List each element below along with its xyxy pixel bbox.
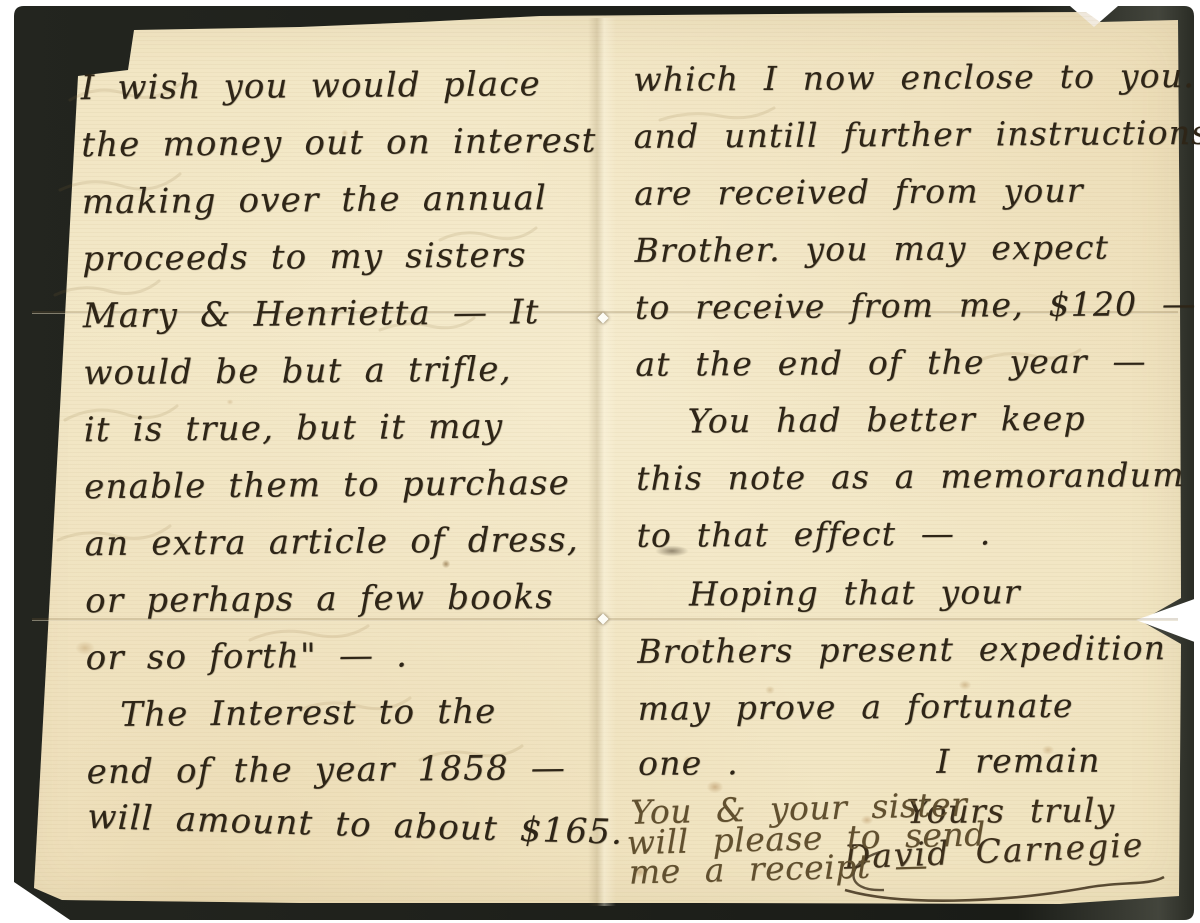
letter-line: at the end of the year —	[635, 341, 1147, 384]
letter-line: would be but a trifle,	[83, 349, 512, 393]
letter-line: proceeds to my sisters	[82, 235, 527, 279]
letter-left-page: I wish you would place the money out on …	[80, 0, 598, 923]
letter-line: one . I remain	[638, 741, 1101, 783]
letter-line: enable them to purchase	[84, 463, 570, 507]
letter-line: You had better keep	[688, 399, 1086, 441]
letter-line: to receive from me, $120 —	[635, 284, 1197, 327]
letter-line: The Interest to the	[120, 692, 497, 735]
letter-line: will amount to about $165.	[87, 797, 624, 853]
letter-line: end of the year 1858 —	[87, 748, 567, 792]
letter-line: I wish you would place	[81, 64, 541, 108]
postscript-line: me a receipt —	[628, 845, 928, 891]
letter-line: and untill further instructions	[634, 113, 1200, 156]
letter-right-page: which I now enclose to you. and untill f…	[633, 0, 1184, 923]
letter-line: may prove a fortunate	[638, 686, 1074, 728]
letter-line: Brothers present expedition	[637, 628, 1166, 671]
letter-line: making over the annual	[82, 178, 548, 222]
letter-line: an extra article of dress,	[85, 520, 579, 564]
letter-line: are received from your	[634, 171, 1084, 213]
letter-scan: I wish you would place the money out on …	[0, 0, 1200, 923]
letter-line: Hoping that your	[689, 572, 1021, 613]
letter-line: it is true, but it may	[84, 407, 504, 451]
letter-line: or so forth" — .	[86, 635, 409, 678]
letter-line: this note as a memorandum	[636, 455, 1185, 498]
letter-line: Mary & Henrietta — It	[83, 292, 540, 336]
letter-line: or perhaps a few books	[85, 577, 554, 621]
letter-line: Brother. you may expect	[634, 228, 1109, 270]
letter-line: the money out on interest	[81, 121, 597, 165]
letter-line: which I now enclose to you.	[633, 56, 1195, 99]
letter-line: to that effect — .	[636, 513, 991, 554]
